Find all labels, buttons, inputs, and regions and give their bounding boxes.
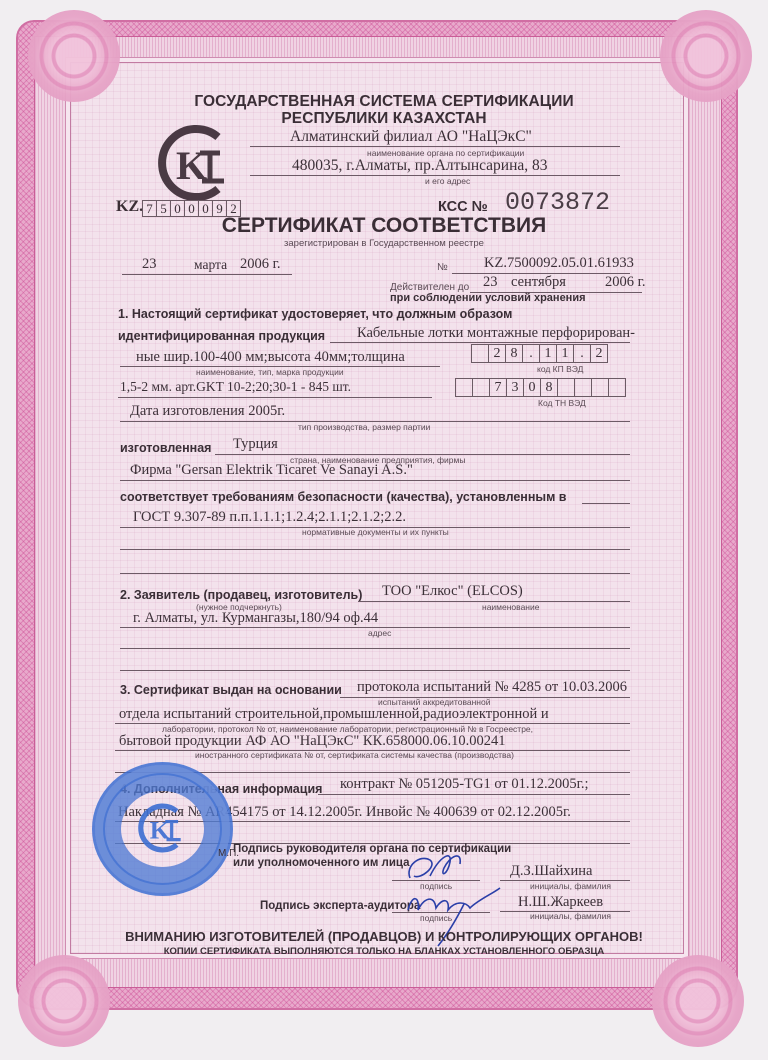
code-cell: 8	[506, 345, 523, 362]
kss-number: 0073872	[505, 188, 610, 217]
official-stamp: K	[92, 762, 233, 896]
applicant-name: ТОО "Елкос" (ELCOS)	[382, 583, 523, 600]
divider	[318, 794, 630, 795]
rosette-ornament-icon	[28, 10, 120, 102]
code-cell: 3	[507, 379, 524, 396]
code-cell	[575, 379, 592, 396]
code-cell	[609, 379, 625, 396]
product-line-1: Кабельные лотки монтажные перфорирован-	[357, 325, 635, 342]
product-line-2: ные шир.100-400 мм;высота 40мм;толщина	[136, 349, 405, 366]
section2-label: 2. Заявитель (продавец, изготовитель)	[120, 588, 362, 602]
production-line: Дата изготовления 2005г.	[130, 403, 285, 420]
applicant-caption: наименование	[482, 602, 539, 612]
code-cell: 1	[557, 345, 574, 362]
conforms-label: соответствует требованиям безопасности (…	[120, 490, 566, 504]
footer-warning: ВНИМАНИЮ ИЗГОТОВИТЕЛЕЙ (ПРОДАВЦОВ) И КОН…	[0, 929, 768, 944]
expert-name-caption: инициалы, фамилия	[530, 911, 611, 921]
made-country: Турция	[233, 436, 278, 453]
head-name-caption: инициалы, фамилия	[530, 881, 611, 891]
cert-number: KZ.7500092.05.01.61933	[484, 255, 634, 272]
issue-year: 2006 г.	[240, 256, 281, 273]
divider	[582, 503, 630, 504]
made-label: изготовленная	[120, 441, 211, 455]
kp-ved-code-boxes: 2 8 . 1 1 . 2	[471, 344, 608, 363]
basis-line-2: отдела испытаний строительной,промышленн…	[119, 706, 549, 723]
expert-name: Н.Ш.Жаркеев	[518, 894, 603, 911]
header-line-2: РЕСПУБЛИКИ КАЗАХСТАН	[0, 110, 768, 128]
stamp-ks-logo-icon: K	[133, 799, 191, 857]
product-label: идентифицированная продукция	[118, 329, 325, 343]
ks-certification-logo-icon: K	[150, 123, 240, 203]
standard: ГОСТ 9.307-89 п.п.1.1.1;1.2.4;2.1.1;2.1.…	[133, 509, 406, 526]
code-cell: .	[574, 345, 591, 362]
issuer-address-caption: и его адрес	[425, 176, 470, 186]
section1-intro: 1. Настоящий сертификат удостоверяет, чт…	[118, 307, 512, 321]
basis-caption-3: иностранного сертификата № от, сертифика…	[195, 750, 514, 760]
valid-year: 2006 г.	[605, 274, 646, 291]
applicant-address: г. Алматы, ул. Курмангазы,180/94 оф.44	[133, 610, 378, 627]
storage-note: при соблюдении условий хранения	[390, 292, 586, 304]
rosette-ornament-icon	[652, 955, 744, 1047]
code-cell: 2	[489, 345, 506, 362]
code-cell	[558, 379, 575, 396]
tn-ved-code-boxes: 7 3 0 8	[455, 378, 626, 397]
kp-ved-caption: код КП ВЭД	[537, 364, 583, 374]
address-caption: адрес	[368, 628, 391, 638]
additional-info-line-1: контракт № 051205-TG1 от 01.12.2005г.;	[340, 776, 589, 793]
issuer-name: Алматинский филиал АО "НаЦЭкС"	[290, 128, 532, 146]
divider	[118, 397, 432, 398]
rosette-ornament-icon	[18, 955, 110, 1047]
expert-signature-label: Подпись эксперта-аудитора	[260, 900, 420, 912]
standard-caption: нормативные документы и их пункты	[302, 527, 449, 537]
cert-number-label: №	[437, 262, 448, 273]
code-cell: 7	[490, 379, 507, 396]
basis-line-3: бытовой продукции АФ АО "НаЦЭкС" КК.6580…	[119, 733, 506, 750]
manufacturer: Фирма "Gersan Elektrik Ticaret Ve Sanayi…	[130, 462, 413, 479]
divider	[122, 274, 292, 275]
valid-day: 23	[483, 274, 498, 291]
code-cell: .	[523, 345, 540, 362]
certificate-title: СЕРТИФИКАТ СООТВЕТСТВИЯ	[0, 214, 768, 238]
code-cell: 1	[540, 345, 557, 362]
issue-day: 23	[142, 256, 157, 273]
tn-ved-caption: Код ТН ВЭД	[538, 398, 586, 408]
code-cell	[472, 345, 489, 362]
divider	[120, 670, 630, 671]
code-cell	[456, 379, 473, 396]
header-line-1: ГОСУДАРСТВЕННАЯ СИСТЕМА СЕРТИФИКАЦИИ	[0, 93, 768, 111]
code-cell	[592, 379, 609, 396]
kss-label: КСС №	[438, 199, 488, 215]
divider	[330, 342, 630, 343]
product-caption: наименование, тип, марка продукции	[196, 367, 344, 377]
rosette-ornament-icon	[660, 10, 752, 102]
head-signature-scribble	[400, 846, 480, 886]
divider	[120, 480, 630, 481]
production-caption: тип производства, размер партии	[298, 422, 430, 432]
registry-note: зарегистрирован в Государственном реестр…	[0, 238, 768, 249]
divider	[250, 146, 620, 147]
basis-line-1: протокола испытаний № 4285 от 10.03.2006	[357, 679, 627, 696]
valid-month: сентября	[511, 274, 566, 291]
code-cell: 2	[591, 345, 607, 362]
product-line-3: 1,5-2 мм. арт.GKT 10-2;20;30-1 - 845 шт.	[120, 379, 351, 395]
code-cell: 8	[541, 379, 558, 396]
section3-label: 3. Сертификат выдан на основании	[120, 683, 342, 697]
head-signature-label-2: или уполномоченного им лица	[233, 857, 410, 869]
head-name: Д.З.Шайхина	[510, 863, 592, 880]
divider	[120, 549, 630, 550]
divider	[120, 573, 630, 574]
code-cell: 0	[524, 379, 541, 396]
divider	[120, 648, 630, 649]
code-cell	[473, 379, 490, 396]
issuer-address: 480035, г.Алматы, пр.Алтынсарина, 83	[292, 157, 548, 175]
footer-note: КОПИИ СЕРТИФИКАТА ВЫПОЛНЯЮТСЯ ТОЛЬКО НА …	[0, 946, 768, 957]
issue-month: марта	[194, 257, 227, 273]
